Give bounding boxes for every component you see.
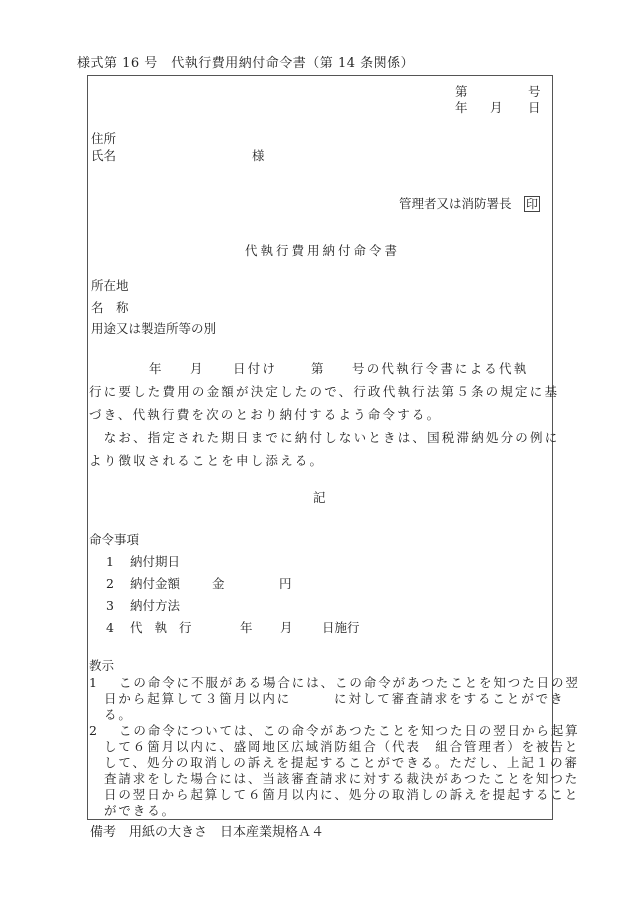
order-item-4-month: 月 [280, 622, 293, 635]
usage-label: 用途又は製造所等の別 [91, 323, 216, 336]
body-year: 年 [149, 363, 162, 376]
ki-mark: 記 [313, 492, 326, 505]
body-no: 第 [311, 363, 324, 376]
notice-2-line3: して、処分の取消しの訴えを提起することができる。ただし、上記１の審 [104, 757, 579, 770]
body-line5: より徴収されることを申し添える。 [89, 455, 324, 468]
order-item-3-label: 納付方法 [130, 600, 180, 613]
form-title: 様式第 16 号 代執行費用納付命令書（第 14 条関係） [77, 57, 414, 70]
body-month: 月 [190, 363, 203, 376]
facility-name-label: 名 称 [91, 302, 129, 315]
order-item-2-currency-suffix: 円 [279, 578, 292, 591]
body-line2: 行に要した費用の金額が決定したので、行政代執行法第５条の規定に基 [89, 386, 559, 399]
seal-icon: 印 [524, 196, 540, 212]
order-item-1-label: 納付期日 [130, 556, 180, 569]
notice-2-line1: この命令については、この命令があつたことを知つた日の翌日から起算 [119, 725, 580, 738]
honorific: 様 [252, 150, 265, 163]
notice-2-num: 2 [89, 725, 97, 738]
issuer-label: 管理者又は消防署長 [399, 198, 512, 211]
date-month: 月 [490, 102, 503, 115]
order-item-3-num: 3 [106, 600, 114, 613]
notice-label: 教示 [89, 660, 114, 673]
address-label: 住所 [91, 133, 116, 146]
notice-2-line5: 日の翌日から起算して６箇月以内に、処分の取消しの訴えを提起すること [104, 789, 579, 802]
order-item-4-label: 代 執 行 [130, 622, 195, 635]
notice-2-line6: ができる。 [104, 805, 176, 818]
date-year: 年 [455, 102, 468, 115]
body-date: 日付け [233, 363, 277, 376]
order-item-2-num: 2 [106, 578, 114, 591]
document-frame [87, 75, 553, 820]
date-day: 日 [528, 102, 541, 115]
notice-1-line2a: 日から起算して３箇月以内に [104, 693, 291, 706]
location-label: 所在地 [91, 280, 129, 293]
notice-2-line2: して６箇月以内に、盛岡地区広域消防組合（代表 組合管理者）を被告と [104, 741, 579, 754]
order-item-4-num: 4 [106, 622, 114, 635]
order-item-2-label: 納付金額 [130, 578, 180, 591]
order-item-1-num: 1 [106, 556, 114, 569]
order-items-label: 命令事項 [89, 534, 139, 547]
footer-note: 備考 用紙の大きさ 日本産業規格Ａ４ [90, 826, 324, 839]
number-prefix: 第 [455, 86, 468, 99]
order-item-2-currency-prefix: 金 [212, 578, 225, 591]
notice-1-line3: る。 [104, 709, 133, 722]
seal-mark: 印 [524, 196, 540, 212]
body-line4: なお、指定された期日までに納付しないときは、国税滞納処分の例に [89, 432, 559, 445]
body-line3: づき、代執行費を次のとおり納付するよう命令する。 [89, 409, 441, 422]
notice-1-line1: この命令に不服がある場合には、この命令があつたことを知つた日の翌 [119, 677, 580, 690]
number-suffix: 号 [528, 86, 541, 99]
notice-2-line4: 査請求をした場合には、当該審査請求に対する裁決があつたことを知つた [104, 773, 579, 786]
name-label: 氏名 [91, 150, 116, 163]
order-item-4-year: 年 [240, 622, 253, 635]
notice-1-num: 1 [89, 677, 97, 690]
body-line1-rest: 号の代執行令書による代執 [352, 363, 528, 376]
order-item-4-day: 日施行 [322, 622, 360, 635]
notice-1-line2b: に対して審査請求をすることができ [334, 693, 564, 706]
document-heading: 代執行費用納付命令書 [245, 245, 400, 258]
